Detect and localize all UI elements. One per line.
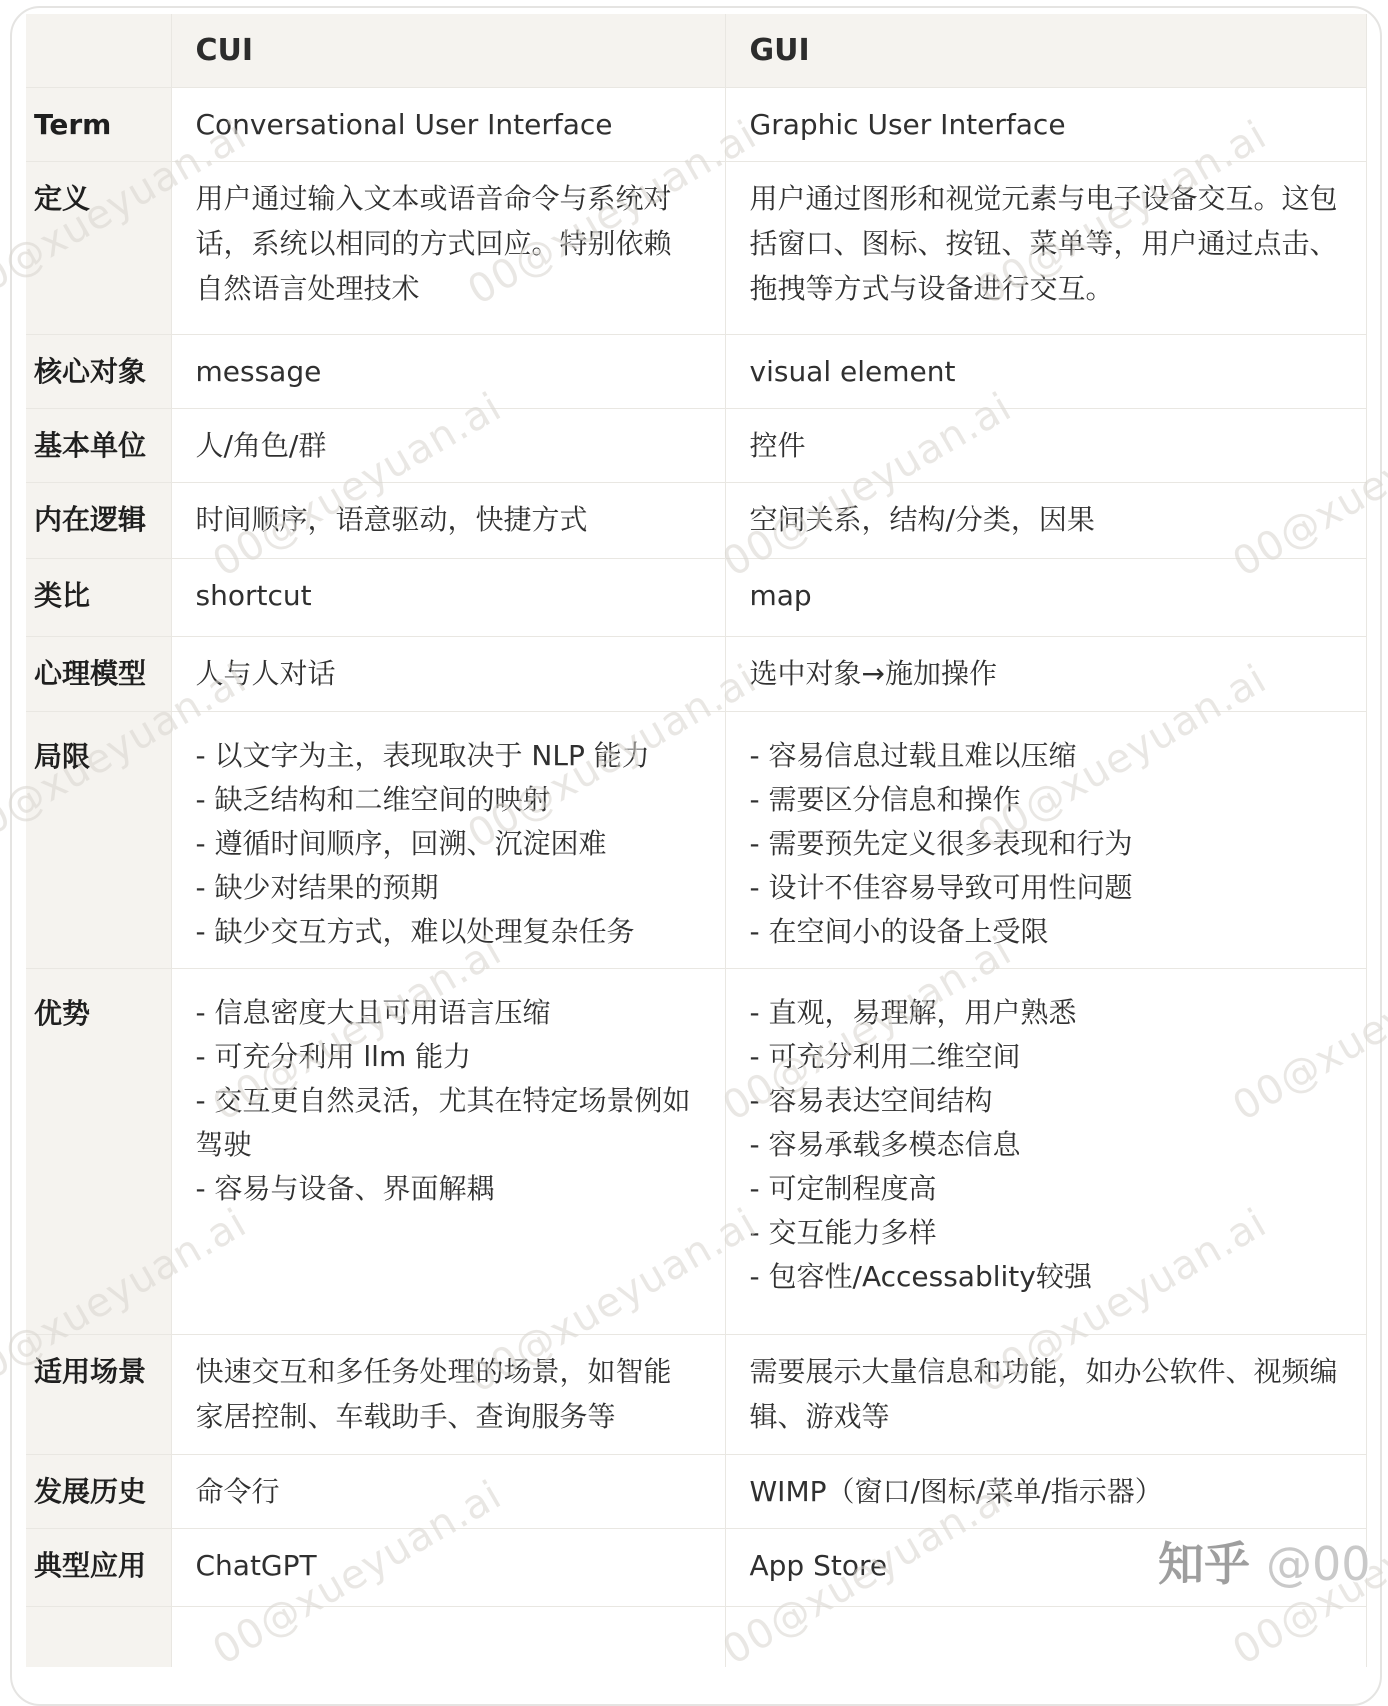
cell-inner-logic-gui: 空间关系，结构/分类，因果 bbox=[725, 483, 1366, 559]
partial-label-cell bbox=[26, 1607, 171, 1612]
row-label-definition: 定义 bbox=[26, 162, 171, 335]
bullet-item: - 包容性/Accessablity较强 bbox=[750, 1255, 1338, 1299]
table-row-advantages: 优势 - 信息密度大且可用语言压缩- 可充分利用 llm 能力- 交互更自然灵活… bbox=[26, 969, 1366, 1335]
table-row-basic-unit: 基本单位 人/角色/群 控件 bbox=[26, 409, 1366, 483]
row-label-advantages: 优势 bbox=[26, 969, 171, 1335]
bullet-item: - 容易与设备、界面解耦 bbox=[196, 1167, 697, 1211]
header-gui: GUI bbox=[725, 14, 1366, 88]
cell-basic-unit-gui: 控件 bbox=[725, 409, 1366, 483]
cell-definition-gui: 用户通过图形和视觉元素与电子设备交互。这包括窗口、图标、按钮、菜单等，用户通过点… bbox=[725, 162, 1366, 335]
cell-limitations-gui: - 容易信息过载且难以压缩- 需要区分信息和操作- 需要预先定义很多表现和行为-… bbox=[725, 712, 1366, 969]
row-label-limitations: 局限 bbox=[26, 712, 171, 969]
bullet-item: - 设计不佳容易导致可用性问题 bbox=[750, 866, 1338, 910]
partial-gui-cell bbox=[725, 1607, 1366, 1612]
bullet-item: - 需要区分信息和操作 bbox=[750, 778, 1338, 822]
cell-analogy-cui: shortcut bbox=[171, 559, 725, 637]
bullet-item: - 信息密度大且可用语言压缩 bbox=[196, 991, 697, 1035]
table-row-inner-logic: 内在逻辑 时间顺序，语意驱动，快捷方式 空间关系，结构/分类，因果 bbox=[26, 483, 1366, 559]
table-row-scenarios: 适用场景 快速交互和多任务处理的场景，如智能家居控制、车载助手、查询服务等 需要… bbox=[26, 1335, 1366, 1455]
table-row-term: Term Conversational User Interface Graph… bbox=[26, 88, 1366, 162]
bullet-item: - 在空间小的设备上受限 bbox=[750, 910, 1338, 954]
bullet-item: - 可充分利用 llm 能力 bbox=[196, 1035, 697, 1079]
bullet-item: - 缺少对结果的预期 bbox=[196, 866, 697, 910]
cell-mental-model-cui: 人与人对话 bbox=[171, 637, 725, 712]
row-label-core-object: 核心对象 bbox=[26, 335, 171, 409]
cell-advantages-gui: - 直观，易理解，用户熟悉- 可充分利用二维空间- 容易表达空间结构- 容易承载… bbox=[725, 969, 1366, 1335]
partial-cui-cell bbox=[171, 1607, 725, 1612]
bullet-item: - 交互更自然灵活，尤其在特定场景例如驾驶 bbox=[196, 1079, 697, 1167]
cell-typical-apps-cui: ChatGPT bbox=[171, 1529, 725, 1607]
table-header-row: CUI GUI bbox=[26, 14, 1366, 88]
cell-term-cui: Conversational User Interface bbox=[171, 88, 725, 162]
cell-analogy-gui: map bbox=[725, 559, 1366, 637]
zhihu-watermark: 知乎@00 bbox=[1158, 1528, 1371, 1594]
bullet-item: - 容易表达空间结构 bbox=[750, 1079, 1338, 1123]
bullet-item: - 遵循时间顺序，回溯、沉淀困难 bbox=[196, 822, 697, 866]
cell-history-cui: 命令行 bbox=[171, 1455, 725, 1529]
row-label-inner-logic: 内在逻辑 bbox=[26, 483, 171, 559]
cell-mental-model-gui: 选中对象→施加操作 bbox=[725, 637, 1366, 712]
bullet-item: - 交互能力多样 bbox=[750, 1211, 1338, 1255]
bullet-item: - 以文字为主，表现取决于 NLP 能力 bbox=[196, 734, 697, 778]
zhihu-user-handle: @00 bbox=[1266, 1537, 1371, 1591]
advantages-gui-list: - 直观，易理解，用户熟悉- 可充分利用二维空间- 容易表达空间结构- 容易承载… bbox=[750, 991, 1338, 1299]
zhihu-logo-text: 知乎 bbox=[1158, 1537, 1250, 1591]
table-row-analogy: 类比 shortcut map bbox=[26, 559, 1366, 637]
bullet-item: - 需要预先定义很多表现和行为 bbox=[750, 822, 1338, 866]
table-row-history: 发展历史 命令行 WIMP（窗口/图标/菜单/指示器） bbox=[26, 1455, 1366, 1529]
cell-definition-cui: 用户通过输入文本或语音命令与系统对话，系统以相同的方式回应。特别依赖自然语言处理… bbox=[171, 162, 725, 335]
row-label-analogy: 类比 bbox=[26, 559, 171, 637]
cell-core-object-gui: visual element bbox=[725, 335, 1366, 409]
bullet-item: - 可充分利用二维空间 bbox=[750, 1035, 1338, 1079]
bullet-item: - 缺乏结构和二维空间的映射 bbox=[196, 778, 697, 822]
row-label-mental-model: 心理模型 bbox=[26, 637, 171, 712]
header-empty-cell bbox=[26, 14, 171, 88]
table-row-definition: 定义 用户通过输入文本或语音命令与系统对话，系统以相同的方式回应。特别依赖自然语… bbox=[26, 162, 1366, 335]
table-row-limitations: 局限 - 以文字为主，表现取决于 NLP 能力- 缺乏结构和二维空间的映射- 遵… bbox=[26, 712, 1366, 969]
limitations-cui-list: - 以文字为主，表现取决于 NLP 能力- 缺乏结构和二维空间的映射- 遵循时间… bbox=[196, 734, 697, 954]
comparison-table-card: CUI GUI Term Conversational User Interfa… bbox=[10, 6, 1382, 1611]
cui-gui-comparison-table: CUI GUI Term Conversational User Interfa… bbox=[26, 14, 1367, 1611]
advantages-cui-list: - 信息密度大且可用语言压缩- 可充分利用 llm 能力- 交互更自然灵活，尤其… bbox=[196, 991, 697, 1211]
cell-inner-logic-cui: 时间顺序，语意驱动，快捷方式 bbox=[171, 483, 725, 559]
bullet-item: - 可定制程度高 bbox=[750, 1167, 1338, 1211]
row-label-scenarios: 适用场景 bbox=[26, 1335, 171, 1455]
cell-scenarios-cui: 快速交互和多任务处理的场景，如智能家居控制、车载助手、查询服务等 bbox=[171, 1335, 725, 1455]
bullet-item: - 容易承载多模态信息 bbox=[750, 1123, 1338, 1167]
table-row-partial bbox=[26, 1607, 1366, 1612]
table-row-core-object: 核心对象 message visual element bbox=[26, 335, 1366, 409]
bullet-item: - 容易信息过载且难以压缩 bbox=[750, 734, 1338, 778]
cell-term-gui: Graphic User Interface bbox=[725, 88, 1366, 162]
cell-limitations-cui: - 以文字为主，表现取决于 NLP 能力- 缺乏结构和二维空间的映射- 遵循时间… bbox=[171, 712, 725, 969]
limitations-gui-list: - 容易信息过载且难以压缩- 需要区分信息和操作- 需要预先定义很多表现和行为-… bbox=[750, 734, 1338, 954]
row-label-term: Term bbox=[26, 88, 171, 162]
cell-history-gui: WIMP（窗口/图标/菜单/指示器） bbox=[725, 1455, 1366, 1529]
cell-scenarios-gui: 需要展示大量信息和功能，如办公软件、视频编辑、游戏等 bbox=[725, 1335, 1366, 1455]
row-label-history: 发展历史 bbox=[26, 1455, 171, 1529]
cell-core-object-cui: message bbox=[171, 335, 725, 409]
header-cui: CUI bbox=[171, 14, 725, 88]
cell-basic-unit-cui: 人/角色/群 bbox=[171, 409, 725, 483]
row-label-typical-apps: 典型应用 bbox=[26, 1529, 171, 1607]
bullet-item: - 缺少交互方式，难以处理复杂任务 bbox=[196, 910, 697, 954]
table-row-mental-model: 心理模型 人与人对话 选中对象→施加操作 bbox=[26, 637, 1366, 712]
bullet-item: - 直观，易理解，用户熟悉 bbox=[750, 991, 1338, 1035]
cell-advantages-cui: - 信息密度大且可用语言压缩- 可充分利用 llm 能力- 交互更自然灵活，尤其… bbox=[171, 969, 725, 1335]
row-label-basic-unit: 基本单位 bbox=[26, 409, 171, 483]
